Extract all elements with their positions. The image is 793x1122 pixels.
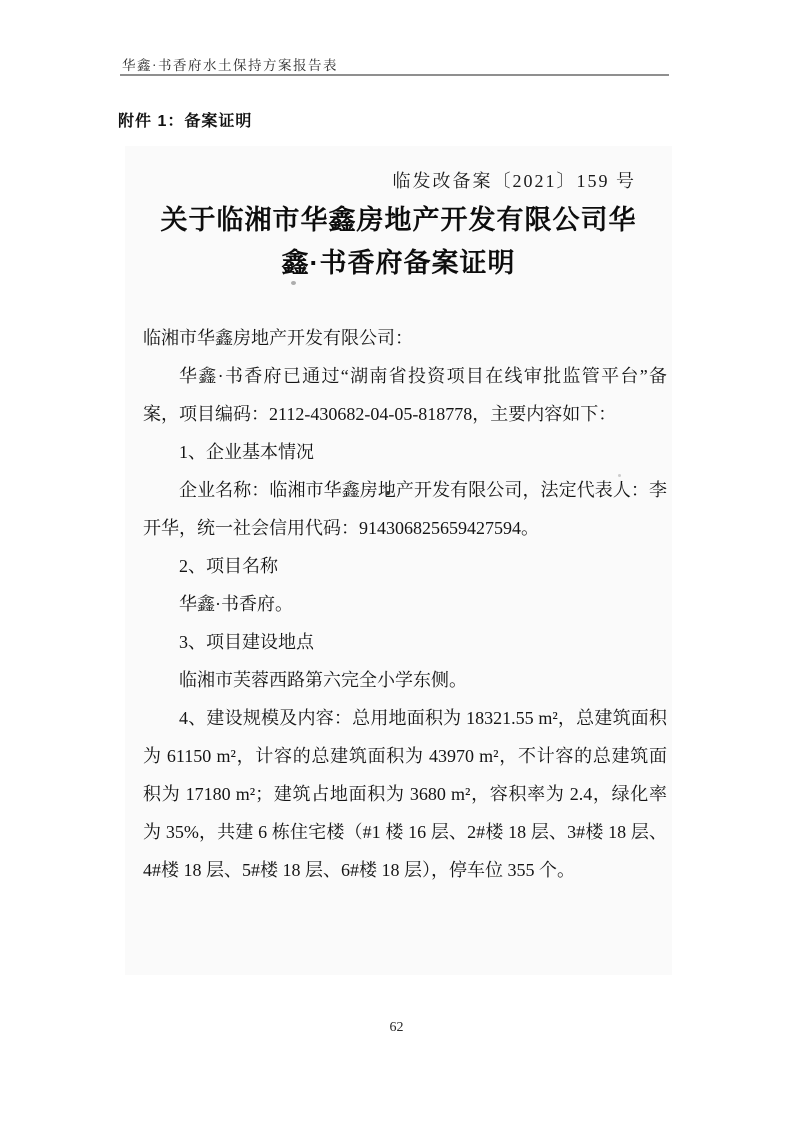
paragraph: 1、企业基本情况	[143, 433, 667, 471]
paragraph: 2、项目名称	[143, 547, 667, 585]
paragraph: 临湘市芙蓉西路第六完全小学东侧。	[143, 661, 667, 699]
scan-speck	[618, 474, 621, 477]
scan-speck	[291, 281, 296, 285]
document-title: 关于临湘市华鑫房地产开发有限公司华 鑫·书香府备案证明	[125, 199, 672, 285]
paragraph: 华鑫·书香府已通过“湖南省投资项目在线审批监管平台”备案，项目编码：2112-4…	[143, 357, 667, 433]
attachment-heading: 附件 1：备案证明	[118, 108, 252, 131]
document-number: 临发改备案〔2021〕159 号	[393, 167, 637, 193]
scanned-certificate: 临发改备案〔2021〕159 号 关于临湘市华鑫房地产开发有限公司华 鑫·书香府…	[125, 146, 672, 975]
document-title-line-2: 鑫·书香府备案证明	[125, 242, 672, 285]
running-header: 华鑫·书香府水土保持方案报告表	[122, 54, 338, 74]
document-body: 临湘市华鑫房地产开发有限公司：华鑫·书香府已通过“湖南省投资项目在线审批监管平台…	[143, 319, 667, 889]
paragraph: 华鑫·书香府。	[143, 585, 667, 623]
paragraph: 临湘市华鑫房地产开发有限公司：	[143, 319, 667, 357]
paragraph: 企业名称：临湘市华鑫房地产开发有限公司，法定代表人：李开华，统一社会信用代码：9…	[143, 471, 667, 547]
page-number: 62	[0, 1020, 793, 1036]
header-rule	[120, 74, 669, 76]
report-page: { "page": { "running_header": "华鑫·书香府水土保…	[0, 0, 793, 1122]
paragraph: 3、项目建设地点	[143, 623, 667, 661]
scan-speck	[386, 491, 390, 495]
paragraph: 4、建设规模及内容：总用地面积为 18321.55 m²，总建筑面积为 6115…	[143, 699, 667, 889]
document-title-line-1: 关于临湘市华鑫房地产开发有限公司华	[125, 199, 672, 242]
